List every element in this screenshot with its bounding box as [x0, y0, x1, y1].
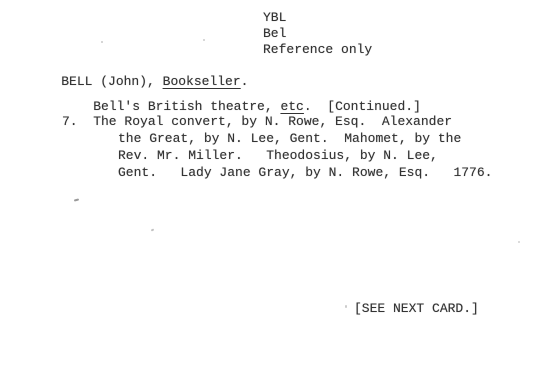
continued-note: . [Continued.] [304, 99, 421, 114]
library-catalog-card: YBL Bel Reference only BELL (John), Book… [0, 0, 550, 374]
entry-line-4: Gent. Lady Jane Gray, by N. Rowe, Esq. 1… [118, 165, 492, 180]
entry-line-1: 7. The Royal convert, by N. Rowe, Esq. A… [62, 114, 452, 129]
reference-only-note: Reference only [263, 42, 372, 57]
pencil-tick-mark [74, 198, 79, 201]
see-next-card-note: [SEE NEXT CARD.] [354, 301, 479, 316]
dust-speck [203, 39, 205, 41]
dust-speck [101, 41, 103, 43]
classmark-ybl: YBL [263, 10, 286, 25]
entry-line-3: Rev. Mr. Miller. Theodosius, by N. Lee, [118, 148, 438, 163]
dust-speck [345, 305, 347, 308]
stray-mark [151, 229, 155, 232]
dust-speck [518, 241, 520, 243]
title-text: Bell's British theatre, [93, 99, 280, 114]
entry-line-2: the Great, by N. Lee, Gent. Mahomet, by … [118, 131, 461, 146]
classmark-bel: Bel [263, 26, 286, 41]
etc-underlined-text: etc [280, 99, 303, 114]
